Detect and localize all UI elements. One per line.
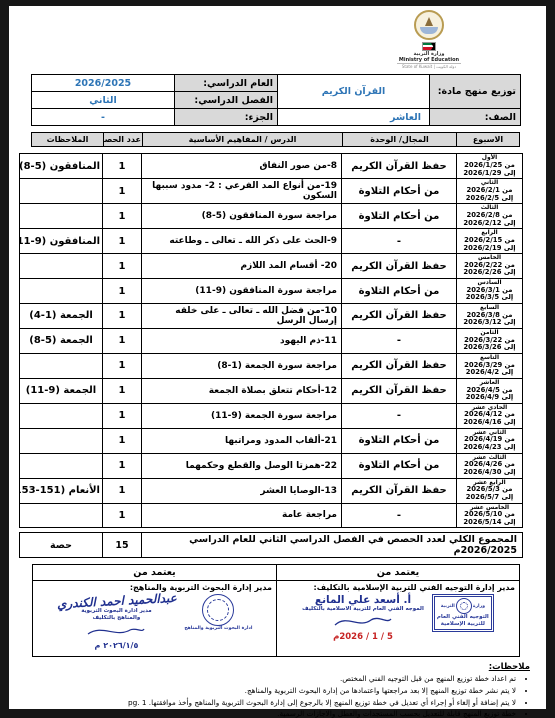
lesson-cell: 12-أحكام تتعلق بصلاة الجمعة (142, 378, 342, 403)
summary-unit: حصة (20, 533, 103, 558)
header-periods: عدد الحصص (104, 133, 143, 147)
header-domain: المجال/ الوحدة (343, 133, 457, 147)
part-label: الجزء: (175, 109, 278, 126)
note-cell: الجمعة (9-11) (20, 378, 103, 403)
note-cell (20, 453, 103, 478)
note-cell (20, 353, 103, 378)
table-row: الثالث عشر من 2026/4/26 إلى 2026/4/30 من… (20, 453, 523, 478)
approval-right-title: مدير إدارة التوجيه الفني للتربية الإسلام… (281, 583, 515, 592)
table-row: التاسع من 2026/3/29 إلى 2026/4/2 حفظ الق… (20, 353, 523, 378)
week-cell: الخامس من 2026/2/22 إلى 2026/2/26 (457, 254, 523, 279)
table-row: الخامس من 2026/2/22 إلى 2026/2/26 حفظ ال… (20, 254, 523, 279)
table-row: الثالث من 2026/2/8 إلى 2026/2/12 من أحكا… (20, 204, 523, 229)
week-cell: التاسع من 2026/3/29 إلى 2026/4/2 (457, 353, 523, 378)
week-cell: الثامن من 2026/3/22 إلى 2026/3/26 (457, 328, 523, 353)
periods-cell: 1 (103, 229, 142, 254)
table-row: السادس من 2026/3/1 إلى 2026/3/5 من أحكام… (20, 279, 523, 304)
lesson-cell: مراجعة سورة المنافقون (9-11) (142, 279, 342, 304)
domain-cell: حفظ القرآن الكريم (342, 378, 457, 403)
year-value: 2026/2025 (32, 75, 175, 92)
week-to: إلى 2026/2/19 (459, 245, 520, 253)
periods-cell: 1 (103, 204, 142, 229)
periods-cell: 1 (103, 254, 142, 279)
week-to: إلى 2026/2/26 (459, 269, 520, 277)
table-row: العاشر من 2026/4/5 إلى 2026/4/9 حفظ القر… (20, 378, 523, 403)
table-row: الثامن من 2026/3/22 إلى 2026/3/26 - 11-ذ… (20, 328, 523, 353)
domain-cell: من أحكام التلاوة (342, 179, 457, 204)
domain-cell: حفظ القرآن الكريم (342, 154, 457, 179)
left-signature-block: عبدالحميد احمد الكندري مدير ادارة البحوث… (57, 594, 177, 650)
periods-cell: 1 (103, 453, 142, 478)
signature-scribble-icon (86, 627, 146, 637)
periods-cell: 1 (103, 328, 142, 353)
periods-cell: 1 (103, 279, 142, 304)
ministry-name-en: Ministry of Education (397, 58, 461, 64)
week-cell: الحادي عشر من 2026/4/12 إلى 2026/4/16 (457, 403, 523, 428)
periods-cell: 1 (103, 154, 142, 179)
kuwait-flag-icon (422, 42, 436, 51)
week-to: إلى 2026/2/5 (459, 195, 520, 203)
week-cell: الثاني من 2026/2/1 إلى 2026/2/5 (457, 179, 523, 204)
summary-text: المجموع الكلي لعدد الحصص في الفصل الدراس… (142, 533, 523, 558)
lesson-cell: 22-همزتا الوصل والقطع وحكمهما (142, 453, 342, 478)
note-cell (20, 254, 103, 279)
approval-right-cell: مدير إدارة التوجيه الفني للتربية الإسلام… (277, 581, 520, 657)
note-item: لا يتم إضافة أو إلغاء أو إجراء أي تعديل … (19, 697, 516, 709)
year-label: العام الدراسي: (175, 75, 278, 92)
week-to: إلى 2026/1/29 (459, 170, 520, 178)
sea-icon (420, 27, 438, 34)
table-row: الثاني من 2026/2/1 إلى 2026/2/5 من أحكام… (20, 179, 523, 204)
week-to: إلى 2026/2/12 (459, 220, 520, 228)
domain-cell: من أحكام التلاوة (342, 453, 457, 478)
week-to: إلى 2026/4/9 (459, 394, 520, 402)
subject-label: توزيع منهج مادة: (430, 75, 521, 109)
week-cell: الخامس عشر من 2026/5/10 إلى 2026/5/14 (457, 503, 523, 528)
week-cell: السادس من 2026/3/1 إلى 2026/3/5 (457, 279, 523, 304)
lesson-cell: 19-من أنواع المد الفرعي : 2- مدود سببها … (142, 179, 342, 204)
header-notes: الملاحظات (32, 133, 104, 147)
domain-cell: من أحكام التلاوة (342, 279, 457, 304)
lesson-cell: 13-الوصايا العشر (142, 478, 342, 503)
notes-title: ملاحظات: (19, 662, 530, 672)
grade-value: العاشر (278, 109, 430, 126)
ministry-emblem-icon (414, 10, 444, 40)
lesson-cell: 10-من فضل الله ـ تعالى ـ على خلقه إرسال … (142, 304, 342, 329)
domain-cell: - (342, 229, 457, 254)
domain-cell: - (342, 403, 457, 428)
lesson-cell: 11-ذم اليهود (142, 328, 342, 353)
lesson-cell: 9-الحث على ذكر الله ـ تعالى ـ وطاعته (142, 229, 342, 254)
stamp-line1: التوجيه الفني العام (435, 614, 491, 621)
summary-table: المجموع الكلي لعدد الحصص في الفصل الدراس… (19, 532, 523, 558)
domain-cell: حفظ القرآن الكريم (342, 254, 457, 279)
lesson-cell: 20- أقسام المد اللازم (142, 254, 342, 279)
table-row: الرابع عشر من 2026/5/3 إلى 2026/5/7 حفظ … (20, 478, 523, 503)
term-value: الثاني (32, 92, 175, 109)
table-row: الرابع من 2026/2/15 إلى 2026/2/19 - 9-ال… (20, 229, 523, 254)
lesson-cell: 8-من صور النفاق (142, 154, 342, 179)
note-cell: الأنعام (151-153) (20, 478, 103, 503)
note-item: خطة توزيع المنهج قابلة للتعديل بحسب المس… (19, 708, 516, 718)
periods-cell: 1 (103, 353, 142, 378)
note-cell: المنافقون (5-8) (20, 154, 103, 179)
approval-header-right: يعتمد من (277, 565, 520, 581)
week-to: إلى 2026/4/2 (459, 369, 520, 377)
note-cell (20, 403, 103, 428)
supervisor-role: الموجه الفني العام للتربية الاسلامية بال… (302, 606, 424, 613)
domain-cell: حفظ القرآن الكريم (342, 478, 457, 503)
table-row: السابع من 2026/3/8 إلى 2026/3/12 حفظ الق… (20, 304, 523, 329)
lesson-cell: مراجعة سورة الجمعة (1-8) (142, 353, 342, 378)
week-to: إلى 2026/4/16 (459, 419, 520, 427)
summary-count: 15 (103, 533, 142, 558)
lesson-cell: مراجعة سورة الجمعة (9-11) (142, 403, 342, 428)
info-table: توزيع منهج مادة: القرآن الكريم العام الد… (31, 74, 521, 126)
state-line: دولة الكويت | State of Kuwait (397, 63, 461, 69)
note-item: لا يتم نشر خطة توزيع المنهج إلا بعد مراج… (19, 685, 516, 697)
note-cell: الجمعة (5-8) (20, 328, 103, 353)
periods-cell: 1 (103, 179, 142, 204)
note-cell (20, 179, 103, 204)
stamp-word-a: وزارة (473, 604, 485, 609)
curriculum-table: الأول من 2026/1/25 إلى 2026/1/29 حفظ الق… (19, 153, 523, 528)
header-lesson: الدرس / المفاهيم الأساسية (143, 133, 343, 147)
notes-section: ملاحظات: تم اعداد خطة توزيع المنهج من قب… (19, 662, 530, 718)
stamp-line2: للتربية الإسلامية (435, 621, 491, 628)
week-to: إلى 2026/3/5 (459, 294, 520, 302)
term-label: الفصل الدراسي: (175, 92, 278, 109)
week-to: إلى 2026/4/23 (459, 444, 520, 452)
week-cell: الرابع عشر من 2026/5/3 إلى 2026/5/7 (457, 478, 523, 503)
stamp-emblem-icon (456, 598, 472, 614)
approval-date-left: ٢٠٢٦/١/٥ م (57, 641, 177, 650)
domain-cell: من أحكام التلاوة (342, 428, 457, 453)
domain-cell: حفظ القرآن الكريم (342, 353, 457, 378)
column-headers: الاسبوع المجال/ الوحدة الدرس / المفاهيم … (31, 132, 520, 147)
week-to: إلى 2026/5/14 (459, 519, 520, 527)
stamp-word-b: التربية (441, 604, 455, 609)
approval-left-cell: مدير إدارة البحوث التربوية والمناهج: ادا… (33, 581, 277, 657)
note-cell (20, 204, 103, 229)
domain-cell: من أحكام التلاوة (342, 204, 457, 229)
periods-cell: 1 (103, 428, 142, 453)
note-cell (20, 503, 103, 528)
document-page: وزارة التربية Ministry of Education دولة… (9, 6, 546, 709)
periods-cell: 1 (103, 403, 142, 428)
lesson-cell: مراجعة سورة المنافقون (5-8) (142, 204, 342, 229)
supervisor-name: أ. أسعد علي المانع (302, 594, 424, 606)
notes-list: تم اعداد خطة توزيع المنهج من قبل التوجيه… (19, 673, 516, 718)
note-cell (20, 428, 103, 453)
approval-date-right: 5 / 1 / 2026م (302, 632, 424, 642)
signature-scribble-icon (333, 616, 393, 628)
week-cell: الرابع من 2026/2/15 إلى 2026/2/19 (457, 229, 523, 254)
note-cell: الجمعة (1-4) (20, 304, 103, 329)
note-cell (20, 279, 103, 304)
lesson-cell: مراجعة عامة (142, 503, 342, 528)
week-to: إلى 2026/5/7 (459, 494, 520, 502)
curriculum-rows: الأول من 2026/1/25 إلى 2026/1/29 حفظ الق… (20, 154, 523, 528)
lesson-cell: 21-ألقاب المدود ومراتبها (142, 428, 342, 453)
table-row: الخامس عشر من 2026/5/10 إلى 2026/5/14 - … (20, 503, 523, 528)
week-cell: الأول من 2026/1/25 إلى 2026/1/29 (457, 154, 523, 179)
note-cell: المنافقون (9-11) (20, 229, 103, 254)
periods-cell: 1 (103, 304, 142, 329)
round-stamp-icon (202, 594, 234, 626)
week-cell: العاشر من 2026/4/5 إلى 2026/4/9 (457, 378, 523, 403)
ministry-logo: وزارة التربية Ministry of Education دولة… (397, 10, 461, 69)
week-cell: الثالث عشر من 2026/4/26 إلى 2026/4/30 (457, 453, 523, 478)
approvals-table: يعتمد من يعتمد من مدير إدارة التوجيه الف… (32, 564, 520, 657)
table-row: الثاني عشر من 2026/4/19 إلى 2026/4/23 من… (20, 428, 523, 453)
grade-label: الصف: (430, 109, 521, 126)
approval-header-left: يعتمد من (33, 565, 277, 581)
week-cell: الثالث من 2026/2/8 إلى 2026/2/12 (457, 204, 523, 229)
subject-value: القرآن الكريم (278, 75, 430, 109)
week-cell: السابع من 2026/3/8 إلى 2026/3/12 (457, 304, 523, 329)
table-row: الحادي عشر من 2026/4/12 إلى 2026/4/16 - … (20, 403, 523, 428)
periods-cell: 1 (103, 478, 142, 503)
dhow-sail-icon (425, 17, 433, 26)
week-to: إلى 2026/3/26 (459, 344, 520, 352)
table-row: الأول من 2026/1/25 إلى 2026/1/29 حفظ الق… (20, 154, 523, 179)
periods-cell: 1 (103, 378, 142, 403)
domain-cell: حفظ القرآن الكريم (342, 304, 457, 329)
note-item: تم اعداد خطة توزيع المنهج من قبل التوجيه… (19, 673, 516, 685)
periods-cell: 1 (103, 503, 142, 528)
week-to: إلى 2026/3/12 (459, 319, 520, 327)
director-role2: والمناهج بالتكليف (57, 615, 177, 622)
research-dept-stamp: ادارة البحوث التربوية والمناهج (184, 594, 252, 632)
week-cell: الثاني عشر من 2026/4/19 إلى 2026/4/23 (457, 428, 523, 453)
header-week: الاسبوع (457, 133, 520, 147)
round-stamp-text: ادارة البحوث التربوية والمناهج (184, 626, 252, 632)
islamic-education-stamp: وزارة التربية التوجيه الفني العام للتربي… (432, 594, 494, 631)
part-value: - (32, 109, 175, 126)
domain-cell: - (342, 503, 457, 528)
domain-cell: - (342, 328, 457, 353)
right-signature-block: أ. أسعد علي المانع الموجه الفني العام لل… (302, 594, 424, 642)
week-to: إلى 2026/4/30 (459, 469, 520, 477)
